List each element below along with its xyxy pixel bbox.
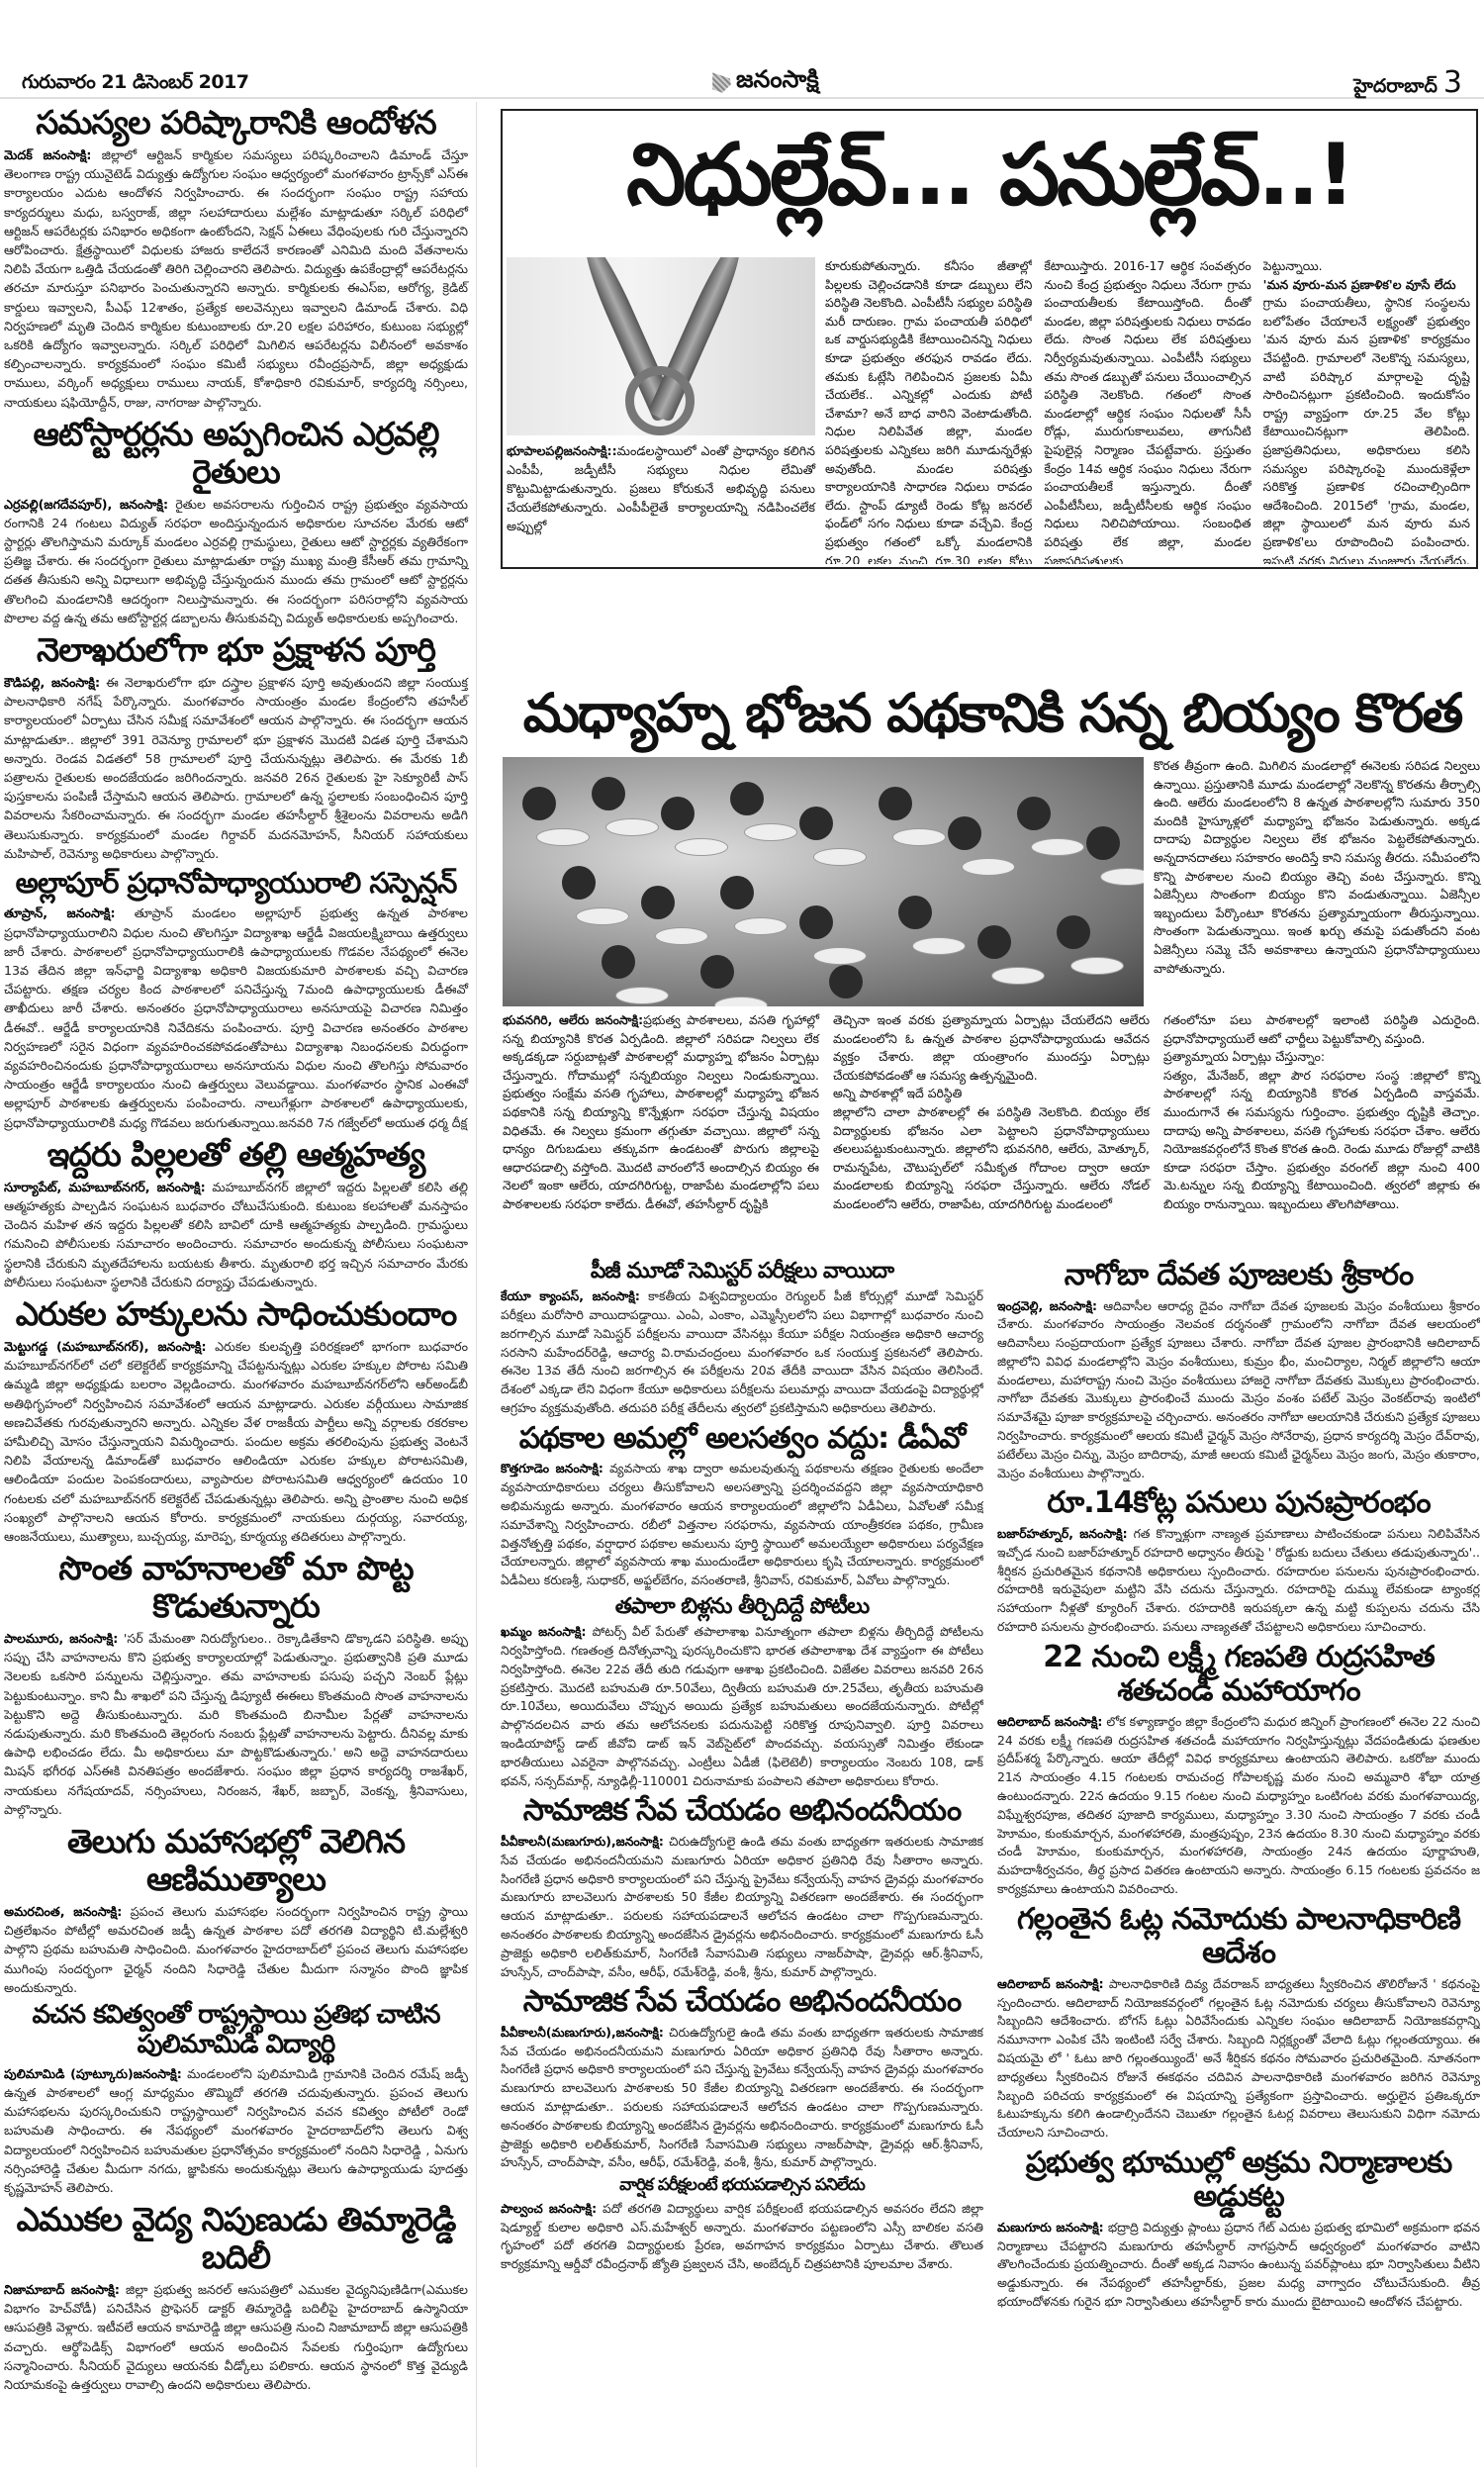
article-text: గత కొన్నాళ్లుగా నాణ్యత ప్రమాణాలు పాటించక… [997,1526,1480,1634]
rice-story-right-column: కొరత తీవ్రంగా ఉంది. మిగిలిన మండలాల్లో ఈన… [1154,757,1480,978]
article-text: చిరుఉద్యోగులై ఉండి తమ వంతు బాధ్యతగా ఇతరు… [501,2025,983,2170]
page-header: గురువారం 21 డిసెంబర్ 2017 జనంసాక్షి హైదర… [0,0,1484,99]
article-headline: రూ.14కోట్ల పనులు పునఃప్రారంభం [997,1486,1480,1521]
lead-col-3: పెట్టున్నాయి. 'మన వూరు-మన ప్రణాళిక'ల వూస… [1263,257,1470,564]
article-body: పీవీకాలనీ(మణుగూరు),జనంసాక్షి: చిరుఉద్యోగ… [501,2024,983,2172]
news-article: తపాలా బిళ్లను తీర్చిదిద్దే పోటీలుఖమ్మం జ… [501,1594,983,1790]
child-figure [730,782,764,815]
meal-plate [734,917,788,935]
rice-col2-text: తెచ్చినా ఇంత వరకు ప్రత్యామ్నాయ ఏర్పాట్లు… [833,1011,1150,1085]
edition-city: హైదరాబాద్3 [1353,65,1462,102]
child-figure [1086,826,1120,860]
meal-plate [1070,957,1124,975]
article-text: పాలనాధికారిణి దివ్య దేవరాజన్ బాధ్యతలు స్… [997,1976,1480,2140]
article-text: మండలంలోని పులిమామిడి గ్రామానికి చెందిన ర… [4,2066,468,2195]
article-headline: సమస్యల పరిష్కారానికి ఆందోళన [4,104,468,142]
article-text: మహబూబ్‌నగర్ జిల్లాలో ఇద్దరు పిల్లలతో కలి… [4,1180,468,1289]
meal-plate [536,828,590,846]
lead-col-1: కూరుకుపోతున్నారు. కనీసం జీతాల్లో పిల్లలక… [825,257,1032,564]
city-name: హైదరాబాద్ [1353,75,1438,97]
article-body: నిజామాబాద్ జనంసాక్షి: జిల్లా ప్రభుత్వ జన… [4,2280,468,2394]
article-dateline: కౌడిపల్లి, జనంసాక్షి: [4,675,100,690]
article-headline: నాగోబా దేవత పూజలకు శ్రీకారం [997,1259,1480,1293]
article-body: పీవీకాలనీ(మణుగూరు),జనంసాక్షి: చిరుఉద్యోగ… [501,1833,983,1981]
article-body: పులిమామిడి (పూట్కూరు)జనంసాక్షి: మండలంలోన… [4,2064,468,2197]
article-text: పోటర్స్ వీల్ పేరుతో తపాలాశాఖ వినూత్నంగా … [501,1624,983,1787]
meal-plate [962,858,1015,876]
article-headline: ఇద్దరు పిల్లలతో తల్లి ఆత్మహత్య [4,1136,468,1174]
rice-col-3: గతంలోనూ పలు పాఠశాలల్లో ఇలాంటి పరిస్థితి … [1163,1011,1480,1214]
article-dateline: పులిమామిడి (పూట్కూరు)జనంసాక్షి: [4,2066,182,2081]
child-figure [700,955,734,989]
child-figure [799,807,833,840]
news-article: తెలుగు మహాసభల్లో వెలిగిన ఆణిముత్యాలుఅమరచ… [4,1823,468,1997]
article-text: జిల్లా ప్రభుత్వ జనరల్ ఆసుపత్రిలో ఎముకల వ… [4,2282,468,2392]
article-dateline: ఖమ్మం జనంసాక్షి: [501,1624,586,1639]
rice-col1-text: ప్రభుత్వ పాఠశాలలు, వసతి గృహాల్లో సన్న బి… [503,1012,819,1211]
article-headline: వచన కవిత్వంతో రాష్ట్రస్థాయి ప్రతిభ చాటిన… [4,2001,468,2060]
rice-right-top: కొరత తీవ్రంగా ఉంది. మిగిలిన మండలాల్లో ఈన… [1154,757,1480,978]
article-dateline: అమరచింత, జనంసాక్షి: [4,1904,122,1919]
lead-col3-intro: పెట్టున్నాయి. [1263,257,1470,276]
news-article: రూ.14కోట్ల పనులు పునఃప్రారంభంబజార్‌హత్నూ… [997,1486,1480,1636]
article-dateline: పాల్వంచ జనంసాక్షి: [501,2201,597,2216]
news-article: నెలాఖరులోగా భూ ప్రక్షాళన పూర్తికౌడిపల్లి… [4,631,468,863]
article-text: తూప్రాన్ మండలం అల్లాపూర్ ప్రభుత్వ ఉన్నత … [4,905,468,1129]
article-text: చిరుఉద్యోగులై ఉండి తమ వంతు బాధ్యతగా ఇతరు… [501,1834,983,1979]
meal-plate [813,848,867,866]
lead-body-columns: కూరుకుపోతున్నారు. కనీసం జీతాల్లో పిల్లలక… [825,257,1470,564]
article-headline: ఎముకల వైద్య నిపుణుడు తిమ్మారెడ్డి బదిలీ [4,2201,468,2276]
article-body: మణుగూరు జనంసాక్షి: భద్రాద్రి విద్యుత్తు … [997,2219,1480,2312]
child-figure [799,905,833,939]
children-eating-photo [503,757,1144,1006]
child-figure [879,787,912,820]
meal-plate [714,997,768,1006]
news-article: నాగోబా దేవత పూజలకు శ్రీకారంఇంద్రవెల్లి, … [997,1259,1480,1482]
left-column: సమస్యల పరిష్కారానికి ఆందోళనమెదక్ జనంసాక్… [4,102,477,2467]
article-dateline: కేయూ క్యాంపస్, జనంసాక్షి: [501,1288,640,1303]
rice-col3-text: గతంలోనూ పలు పాఠశాలల్లో ఇలాంటి పరిస్థితి … [1163,1011,1480,1048]
meal-plate [991,967,1045,985]
child-figure [562,866,596,900]
lead-headline: నిధుల్లేవ్... పనుల్లేవ్..! [503,121,1476,230]
masthead-title: జనంసాక్షి [736,65,819,99]
child-figure [592,777,625,810]
article-headline: పీజీ మూడో సెమిస్టర్ పరీక్షలు వాయిదా [501,1259,983,1284]
article-dateline: సూర్యాపేట్, మహబూబ్‌నగర్, జనంసాక్షి: [4,1180,206,1194]
article-text: కాకతీయ విశ్వవిద్యాలయం రెగ్యులర్ పీజీ కోర… [501,1288,983,1415]
page-number: 3 [1443,65,1462,100]
article-headline: వార్షిక పరీక్షలంటే భయపడాల్సిన పనిలేదు [501,2176,983,2196]
news-article: పీజీ మూడో సెమిస్టర్ పరీక్షలు వాయిదాకేయూ … [501,1259,983,1418]
lead-photo-caption: భూపాలపల్లిజనంసాక్షి::మండలస్థాయిలో ఎంతో ప… [507,441,815,535]
news-article: ఆటోస్టార్టర్లను అప్పగించిన ఎర్రవల్లి రైత… [4,416,468,627]
article-text: 'సర్ మేమంతా నిరుద్యోగులం.. రెక్కాడితేకాన… [4,1631,468,1817]
meal-plate [615,987,669,1004]
news-article: సమస్యల పరిష్కారానికి ఆందోళనమెదక్ జనంసాక్… [4,104,468,412]
article-dateline: బజార్‌హత్నూర్, జనంసాక్షి: [997,1526,1128,1541]
lead-story-box: నిధుల్లేవ్... పనుల్లేవ్..! భూపాలపల్లిజనం… [501,109,1478,569]
article-body: మెట్టుగడ్డ (మహబూబ్‌నగర్), జనంసాక్షి: ఎరు… [4,1337,468,1546]
article-body: ఇంద్రవెల్లి, జనంసాక్షి: ఆదివాసీల ఆరాధ్య … [997,1297,1480,1483]
rice-col3-quote: సత్యం, మేనేజర్, జిల్లా పౌర సరఫరాల సంస్థ … [1163,1067,1480,1214]
article-dateline: నిజామాబాద్ జనంసాక్షి: [4,2282,120,2297]
article-headline: తెలుగు మహాసభల్లో వెలిగిన ఆణిముత్యాలు [4,1823,468,1898]
news-article: అల్లాపూర్ ప్రధానోపాధ్యాయురాలి సస్పెన్షన్… [4,867,468,1132]
rice-col-1: భువనగిరి, ఆలేరు జనంసాక్షి:ప్రభుత్వ పాఠశా… [503,1011,819,1214]
news-article: సామాజిక సేవ చేయడం అభినందనీయంపీవీకాలనీ(మణ… [501,1794,983,1981]
child-figure [977,925,1011,959]
news-article: వార్షిక పరీక్షలంటే భయపడాల్సిన పనిలేదుపాల… [501,2176,983,2274]
article-body: ఆదిలాబాద్ జనంసాక్షి: పాలనాధికారిణి దివ్య… [997,1975,1480,2142]
meal-plate [892,828,946,846]
meal-plate [655,927,708,945]
article-text: ఈ నెలాఖరులోగా భూ దస్త్రాల ప్రక్షాళన పూర్… [4,675,468,861]
child-figure [1017,797,1051,830]
article-headline: ప్రభుత్వ భూముల్లో అక్రమ నిర్మాణాలకు అడ్డ… [997,2146,1480,2215]
lead-col-2: కేటాయిస్తారు. 2016-17 ఆర్థిక సంవత్సరం ను… [1044,257,1251,564]
article-text: జిల్లాలో ఆర్టిజన్ కార్మికుల సమస్యలు పరిష… [4,147,468,410]
article-text: ఎరుకల కులవృత్తి పరిరక్షణలో భాగంగా బుధవార… [4,1339,468,1544]
meal-plate [576,907,629,925]
article-dateline: పీవీకాలనీ(మణుగూరు),జనంసాక్షి: [501,1834,664,1849]
rice-col-2: తెచ్చినా ఇంత వరకు ప్రత్యామ్నాయ ఏర్పాట్లు… [833,1011,1150,1214]
article-body: మెదక్ జనంసాక్షి: జిల్లాలో ఆర్టిజన్ కార్మ… [4,145,468,412]
lead-subhead-1: 'మన వూరు-మన ప్రణాళిక'ల వూసే లేదు [1263,276,1470,295]
child-figure [829,965,863,999]
rice-dateline: భువనగిరి, ఆలేరు జనంసాక్షి: [503,1012,643,1027]
caption-dateline: భూపాలపల్లిజనంసాక్షి:: [507,443,617,458]
article-text: రైతుల అవసరాలను గుర్తించిన రాష్ట్ర ప్రభుత… [4,497,468,625]
child-figure [1057,915,1090,949]
meal-plate [912,937,966,955]
article-dateline: పీవీకాలనీ(మణుగూరు),జనంసాక్షి: [501,2025,664,2040]
rice-story-columns: భువనగిరి, ఆలేరు జనంసాక్షి:ప్రభుత్వ పాఠశా… [503,1011,1480,1214]
meal-plate [1100,868,1144,886]
article-body: కొత్తగూడెం జనంసాక్షి: వ్యవసాయ శాఖ ద్వారా… [501,1460,983,1590]
article-headline: నెలాఖరులోగా భూ ప్రక్షాళన పూర్తి [4,631,468,669]
article-headline: అల్లాపూర్ ప్రధానోపాధ్యాయురాలి సస్పెన్షన్ [4,867,468,900]
masthead-logo: జనంసాక్షి [710,65,819,99]
rice-col2-subhead: అన్ని పాఠశాల్లో ఇదే పరిస్థితి [833,1085,1150,1103]
lead-col3-text-a: గ్రామ పంచాయతీలు, స్థానిక సంస్థలను బలోపేత… [1263,294,1470,564]
article-headline: గల్లంతైన ఓట్ల నమోదుకు పాలనాధికారిణి ఆదేశ… [997,1903,1480,1971]
news-article: పథకాల అమల్లో అలసత్వం వద్దు: డీఏవోకొత్తగూ… [501,1422,983,1590]
child-figure [948,816,981,850]
telangana-map-icon [710,70,732,94]
article-headline: 22 నుంచి లక్ష్మీ గణపతి రుద్రసహిత శతచండీ … [997,1641,1480,1709]
meal-plate [1031,838,1084,856]
article-headline: ఎరుకల హక్కులను సాధించుకుందాం [4,1295,468,1333]
article-body: ఆదిలాబాద్ జనంసాక్షి: లోక కళ్యాణార్థం జిల… [997,1713,1480,1899]
article-body: బజార్‌హత్నూర్, జనంసాక్షి: గత కొన్నాళ్లుగ… [997,1525,1480,1637]
child-figure [661,797,695,830]
article-text: లోక కళ్యాణార్థం జిల్లా కేంద్రంలోని మధుర … [997,1714,1480,1896]
meal-plate [675,838,728,856]
article-headline: పథకాల అమల్లో అలసత్వం వద్దు: డీఏవో [501,1422,983,1457]
article-dateline: మెట్టుగడ్డ (మహబూబ్‌నగర్), జనంసాక్షి: [4,1339,207,1354]
article-body: కేయూ క్యాంపస్, జనంసాక్షి: కాకతీయ విశ్వవి… [501,1287,983,1418]
rice-col2-text-b: జిల్లాలోని చాలా పాఠశాలల్లో ఈ పరిస్థితి న… [833,1103,1150,1214]
article-body: కౌడిపల్లి, జనంసాక్షి: ఈ నెలాఖరులోగా భూ ద… [4,673,468,863]
news-article: ఎముకల వైద్య నిపుణుడు తిమ్మారెడ్డి బదిలీన… [4,2201,468,2394]
article-body: పాల్వంచ జనంసాక్షి: పదో తరగతి విద్యార్థుల… [501,2200,983,2274]
news-article: సొంత వాహనాలతో మా పొట్ట కొడుతున్నారుపాలమూ… [4,1550,468,1819]
article-dateline: ఆదిలాబాద్ జనంసాక్షి: [997,1976,1104,1991]
news-article: వచన కవిత్వంతో రాష్ట్రస్థాయి ప్రతిభ చాటిన… [4,2001,468,2197]
lower-middle-column: పీజీ మూడో సెమిస్టర్ పరీక్షలు వాయిదాకేయూ … [501,1255,983,2472]
article-text: ఆదివాసీల ఆరాధ్య దైవం నాగోబా దేవత పూజలకు … [997,1298,1480,1480]
article-dateline: మెదక్ జనంసాక్షి: [4,147,91,162]
article-body: ఖమ్మం జనంసాక్షి: పోటర్స్ వీల్ పేరుతో తపా… [501,1623,983,1790]
article-body: సూర్యాపేట్, మహబూబ్‌నగర్, జనంసాక్షి: మహబూ… [4,1178,468,1291]
news-article: సామాజిక సేవ చేయడం అభినందనీయంపీవీకాలనీ(మణ… [501,1985,983,2172]
meal-plate [605,818,659,836]
article-headline: సొంత వాహనాలతో మా పొట్ట కొడుతున్నారు [4,1550,468,1625]
child-figure [602,945,635,979]
news-article: ప్రభుత్వ భూముల్లో అక్రమ నిర్మాణాలకు అడ్డ… [997,2146,1480,2312]
article-body: పాలమూరు, జనంసాక్షి: 'సర్ మేమంతా నిరుద్యో… [4,1629,468,1819]
article-dateline: తూప్రాన్, జనంసాక్షి: [4,905,116,920]
child-figure [641,886,675,919]
child-figure [720,876,754,909]
article-dateline: ఎర్రవల్లి(జగదేవపూర్), జనంసాక్షి: [4,497,168,512]
meal-plate [813,947,867,965]
article-headline: సామాజిక సేవ చేయడం అభినందనీయం [501,1985,983,2020]
news-article: 22 నుంచి లక్ష్మీ గణపతి రుద్రసహిత శతచండీ … [997,1641,1480,1899]
news-article: ఎరుకల హక్కులను సాధించుకుందాంమెట్టుగడ్డ (… [4,1295,468,1546]
article-headline: సామాజిక సేవ చేయడం అభినందనీయం [501,1794,983,1829]
rice-story-headline: మధ్యాహ్న భోజన పథకానికి సన్న బియ్యం కొరత [501,679,1484,748]
child-figure [522,787,556,820]
article-dateline: ఇంద్రవెల్లి, జనంసాక్షి: [997,1298,1097,1313]
article-dateline: కొత్తగూడెం జనంసాక్షి: [501,1461,603,1475]
issue-date: గురువారం 21 డిసెంబర్ 2017 [22,71,249,98]
article-text: వ్యవసాయ శాఖ ద్వారా అమలవుతున్న పథకాలను తక… [501,1461,983,1587]
meal-plate [744,823,797,841]
article-body: తూప్రాన్, జనంసాక్షి: తూప్రాన్ మండలం అల్ల… [4,904,468,1131]
article-headline: ఆటోస్టార్టర్లను అప్పగించిన ఎర్రవల్లి రైత… [4,416,468,491]
news-article: గల్లంతైన ఓట్ల నమోదుకు పాలనాధికారిణి ఆదేశ… [997,1903,1480,2142]
scissors-icon [507,257,815,435]
article-dateline: ఆదిలాబాద్ జనంసాక్షి: [997,1714,1102,1729]
article-dateline: పాలమూరు, జనంసాక్షి: [4,1631,118,1646]
child-figure [898,896,932,929]
rice-col3-subhead: ప్రత్యామ్నాయ ఏర్పాట్లు చేస్తున్నాం: [1163,1048,1480,1067]
article-body: ఎర్రవల్లి(జగదేవపూర్), జనంసాక్షి: రైతుల అ… [4,495,468,627]
article-dateline: మణుగూరు జనంసాక్షి: [997,2220,1104,2235]
article-headline: తపాలా బిళ్లను తీర్చిదిద్దే పోటీలు [501,1594,983,1619]
lower-right-column: నాగోబా దేవత పూజలకు శ్రీకారంఇంద్రవెల్లి, … [997,1255,1480,2472]
news-article: ఇద్దరు పిల్లలతో తల్లి ఆత్మహత్యసూర్యాపేట్… [4,1136,468,1291]
article-body: అమరచింత, జనంసాక్షి: ప్రపంచ తెలుగు మహాసభల… [4,1902,468,1997]
